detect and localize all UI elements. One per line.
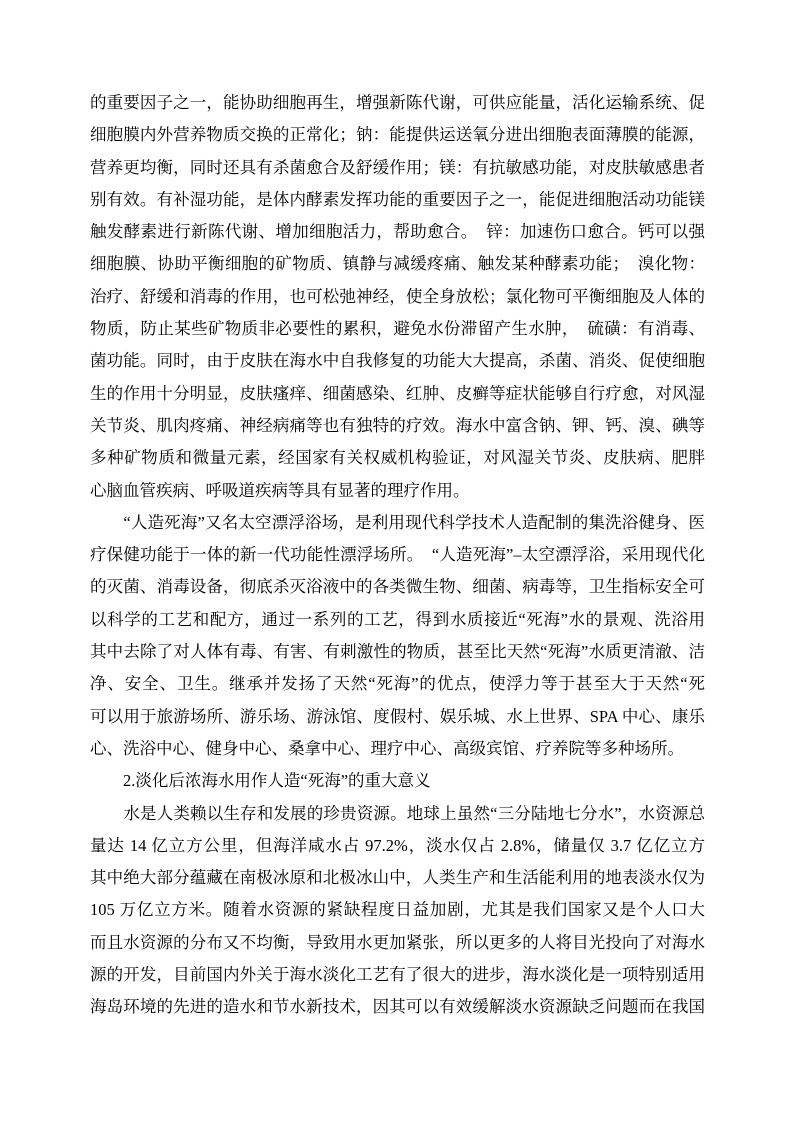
- text-line: 的重要因子之一，能协助细胞再生，增强新陈代谢，可供应能量，活化运输系统、促进: [90, 87, 705, 119]
- text-line: 源的开发，目前国内外关于海水淡化工艺有了很大的进步，海水淡化是一项特别适用于: [90, 959, 705, 991]
- text-line: 多种矿物质和微量元素，经国家有关权威机构验证，对风湿关节炎、皮肤病、肥胖症、: [90, 442, 705, 474]
- text-line: 关节炎、肌肉疼痛、神经病痛等也有独特的疗效。海水中富含钠、钾、钙、溴、碘等 40: [90, 410, 705, 442]
- text-line-paragraph-start: 水是人类赖以生存和发展的珍贵资源。地球上虽然“三分陆地七分水”，水资源总: [90, 798, 705, 830]
- text-line: 其中绝大部分蕴藏在南极冰原和北极冰山中，人类生产和生活能利用的地表淡水仅为: [90, 862, 705, 894]
- text-line: 菌功能。同时，由于皮肤在海水中自我修复的功能大大提高，杀菌、消炎、促使细胞再: [90, 345, 705, 377]
- text-line: 105 万亿立方米。随着水资源的紧缺程度日益加剧，尤其是我们国家又是个人口大国，: [90, 894, 705, 926]
- text-line: 别有效。有补湿功能，是体内酵素发挥功能的重要因子之一，能促进细胞活动功能镁可: [90, 184, 705, 216]
- text-line: 物质，防止某些矿物质非必要性的累积，避免水份滞留产生水肿， 硫磺：有消毒、杀: [90, 313, 705, 345]
- document-page: 的重要因子之一，能协助细胞再生，增强新陈代谢，可供应能量，活化运输系统、促进 细…: [0, 0, 793, 1122]
- document-text-block: 的重要因子之一，能协助细胞再生，增强新陈代谢，可供应能量，活化运输系统、促进 细…: [90, 87, 705, 1024]
- text-line-paragraph-start: “人造死海”又名太空漂浮浴场，是利用现代科学技术人造配制的集洗浴健身、医: [90, 507, 705, 539]
- section-heading-line: 2.淡化后浓海水用作人造“死海”的重大意义: [90, 765, 705, 797]
- text-line: 可以用于旅游场所、游乐场、游泳馆、度假村、娱乐城、水上世界、SPA 中心、康乐中: [90, 701, 705, 733]
- text-line: 量达 14 亿立方公里，但海洋咸水占 97.2%，淡水仅占 2.8%，储量仅 3…: [90, 830, 705, 862]
- text-line: 治疗、舒缓和消毒的作用，也可松弛神经，使全身放松；氯化物可平衡细胞及人体的矿: [90, 281, 705, 313]
- text-line: 生的作用十分明显，皮肤瘙痒、细菌感染、红肿、皮癣等症状能够自行疗愈，对风湿性: [90, 378, 705, 410]
- text-line: 营养更均衡，同时还具有杀菌愈合及舒缓作用；镁：有抗敏感功能，对皮肤敏感患者特: [90, 152, 705, 184]
- text-line: 而且水资源的分布又不均衡，导致用水更加紧张，所以更多的人将目光投向了对海水资: [90, 927, 705, 959]
- text-line: 以科学的工艺和配方，通过一系列的工艺，得到水质接近“死海”水的景观、洗浴用水，: [90, 604, 705, 636]
- text-line: 的灭菌、消毒设备，彻底杀灭浴液中的各类微生物、细菌、病毒等，卫生指标安全可靠。: [90, 571, 705, 603]
- text-line-paragraph-end: 心脑血管疾病、呼吸道疾病等具有显著的理疗作用。: [90, 475, 705, 507]
- text-line: 海岛环境的先进的造水和节水新技术，因其可以有效缓解淡水资源缺乏问题而在我国沿: [90, 991, 705, 1023]
- text-line-paragraph-end: 心、洗浴中心、健身中心、桑拿中心、理疗中心、高级宾馆、疗养院等多种场所。: [90, 733, 705, 765]
- text-line: 净、安全、卫生。继承并发扬了天然“死海”的优点，使浮力等于甚至大于天然“死海”。: [90, 668, 705, 700]
- text-line: 其中去除了对人体有毒、有害、有刺激性的物质，甚至比天然“死海”水质更清澈、洁: [90, 636, 705, 668]
- text-line: 细胞膜内外营养物质交换的正常化；钠：能提供运送氧分进出细胞表面薄膜的能源，使: [90, 119, 705, 151]
- text-line: 疗保健功能于一体的新一代功能性漂浮场所。 “人造死海”–太空漂浮浴，采用现代化: [90, 539, 705, 571]
- text-line: 细胞膜、协助平衡细胞的矿物质、镇静与减缓疼痛、触发某种酵素功能； 溴化物：有: [90, 248, 705, 280]
- text-line: 触发酵素进行新陈代谢、增加细胞活力，帮助愈合。 锌：加速伤口愈合。钙可以强化: [90, 216, 705, 248]
